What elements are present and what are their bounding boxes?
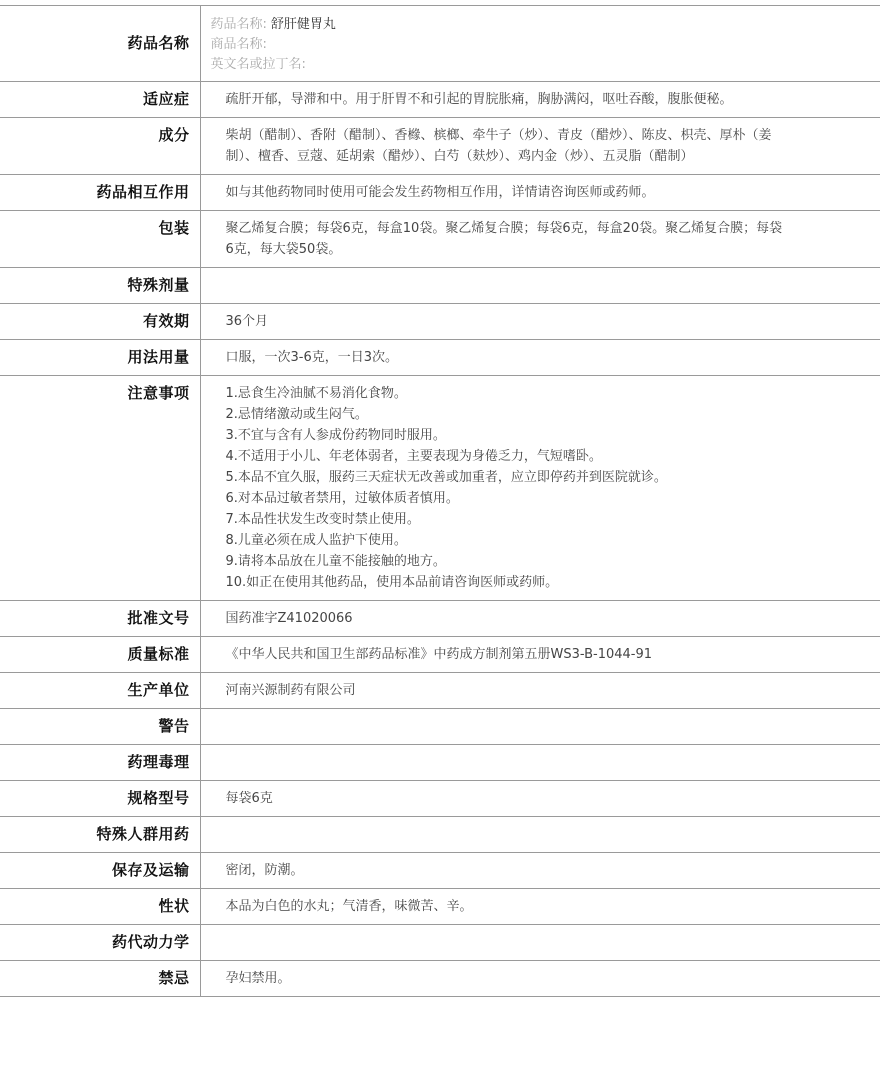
row-value (200, 817, 880, 853)
row-precautions: 注意事项 1.忌食生冷油腻不易消化食物。 2.忌情绪激动或生闷气。 3.不宜与含… (0, 376, 880, 601)
english-name-line: 英文名或拉丁名: (211, 55, 871, 75)
row-value: 如与其他药物同时使用可能会发生药物相互作用，详情请咨询医师或药师。 (200, 175, 880, 211)
generic-name-label: 药品名称: (211, 17, 267, 32)
row-value: 孕妇禁用。 (200, 961, 880, 997)
precaution-item: 3.不宜与含有人参成份药物同时服用。 (226, 425, 791, 446)
precaution-item: 6.对本品过敏者禁用，过敏体质者慎用。 (226, 488, 791, 509)
row-header: 成分 (0, 118, 200, 175)
row-header: 规格型号 (0, 781, 200, 817)
row-value: 口服，一次3-6克，一日3次。 (200, 340, 880, 376)
row-header: 特殊人群用药 (0, 817, 200, 853)
row-value (200, 925, 880, 961)
row-drug-name: 药品名称 药品名称:舒肝健胃丸 商品名称: 英文名或拉丁名: (0, 6, 880, 82)
row-header: 批准文号 (0, 601, 200, 637)
generic-name-value: 舒肝健胃丸 (271, 17, 336, 32)
english-name-label: 英文名或拉丁名: (211, 57, 306, 72)
empty-value (226, 932, 791, 953)
row-warning: 警告 (0, 709, 880, 745)
row-header: 适应症 (0, 82, 200, 118)
row-header: 药理毒理 (0, 745, 200, 781)
row-value (200, 268, 880, 304)
row-packaging: 包装 聚乙烯复合膜；每袋6克，每盒10袋。聚乙烯复合膜；每袋6克，每盒20袋。聚… (0, 211, 880, 268)
row-storage: 保存及运输 密闭，防潮。 (0, 853, 880, 889)
row-value: 药品名称:舒肝健胃丸 商品名称: 英文名或拉丁名: (200, 6, 880, 82)
precaution-item: 4.不适用于小儿、年老体弱者，主要表现为身倦乏力，气短嗜卧。 (226, 446, 791, 467)
empty-value (226, 752, 791, 773)
trade-name-label: 商品名称: (211, 37, 267, 52)
row-value: 柴胡（醋制）、香附（醋制）、香橼、槟榔、牵牛子（炒）、青皮（醋炒）、陈皮、枳壳、… (200, 118, 880, 175)
row-value: 1.忌食生冷油腻不易消化食物。 2.忌情绪激动或生闷气。 3.不宜与含有人参成份… (200, 376, 880, 601)
row-header: 性状 (0, 889, 200, 925)
row-pharmacokinetics: 药代动力学 (0, 925, 880, 961)
row-header: 质量标准 (0, 637, 200, 673)
row-header: 特殊剂量 (0, 268, 200, 304)
row-value: 每袋6克 (200, 781, 880, 817)
row-value: 聚乙烯复合膜；每袋6克，每盒10袋。聚乙烯复合膜；每袋6克，每盒20袋。聚乙烯复… (200, 211, 880, 268)
row-special-population: 特殊人群用药 (0, 817, 880, 853)
row-ingredients: 成分 柴胡（醋制）、香附（醋制）、香橼、槟榔、牵牛子（炒）、青皮（醋炒）、陈皮、… (0, 118, 880, 175)
empty-value (226, 275, 791, 296)
row-value: 本品为白色的水丸；气清香，味微苦、辛。 (200, 889, 880, 925)
precaution-item: 8.儿童必须在成人监护下使用。 (226, 530, 791, 551)
precaution-item: 1.忌食生冷油腻不易消化食物。 (226, 383, 791, 404)
precaution-item: 10.如正在使用其他药品，使用本品前请咨询医师或药师。 (226, 572, 791, 593)
row-usage: 用法用量 口服，一次3-6克，一日3次。 (0, 340, 880, 376)
row-header: 药代动力学 (0, 925, 200, 961)
row-header: 注意事项 (0, 376, 200, 601)
row-value: 36个月 (200, 304, 880, 340)
row-toxicology: 药理毒理 (0, 745, 880, 781)
trade-name-line: 商品名称: (211, 35, 871, 55)
row-approval-number: 批准文号 国药准字Z41020066 (0, 601, 880, 637)
row-header: 用法用量 (0, 340, 200, 376)
row-header: 禁忌 (0, 961, 200, 997)
row-value: 河南兴源制药有限公司 (200, 673, 880, 709)
row-header: 药品相互作用 (0, 175, 200, 211)
precaution-item: 9.请将本品放在儿童不能接触的地方。 (226, 551, 791, 572)
row-specification: 规格型号 每袋6克 (0, 781, 880, 817)
row-special-dosage: 特殊剂量 (0, 268, 880, 304)
row-value: 《中华人民共和国卫生部药品标准》中药成方制剂第五册WS3-B-1044-91 (200, 637, 880, 673)
row-value: 密闭，防潮。 (200, 853, 880, 889)
row-properties: 性状 本品为白色的水丸；气清香，味微苦、辛。 (0, 889, 880, 925)
row-interactions: 药品相互作用 如与其他药物同时使用可能会发生药物相互作用，详情请咨询医师或药师。 (0, 175, 880, 211)
row-value (200, 745, 880, 781)
row-quality-standard: 质量标准 《中华人民共和国卫生部药品标准》中药成方制剂第五册WS3-B-1044… (0, 637, 880, 673)
drug-spec-table: 药品名称 药品名称:舒肝健胃丸 商品名称: 英文名或拉丁名: 适应症 疏肝开郁，… (0, 5, 880, 997)
row-manufacturer: 生产单位 河南兴源制药有限公司 (0, 673, 880, 709)
row-header: 有效期 (0, 304, 200, 340)
row-header: 警告 (0, 709, 200, 745)
precaution-item: 2.忌情绪激动或生闷气。 (226, 404, 791, 425)
row-contraindications: 禁忌 孕妇禁用。 (0, 961, 880, 997)
row-shelf-life: 有效期 36个月 (0, 304, 880, 340)
row-header: 保存及运输 (0, 853, 200, 889)
empty-value (226, 716, 791, 737)
generic-name-line: 药品名称:舒肝健胃丸 (211, 15, 871, 35)
precaution-item: 5.本品不宜久服，服药三天症状无改善或加重者，应立即停药并到医院就诊。 (226, 467, 791, 488)
row-header: 药品名称 (0, 6, 200, 82)
empty-value (226, 824, 791, 845)
row-value: 国药准字Z41020066 (200, 601, 880, 637)
row-header: 生产单位 (0, 673, 200, 709)
row-value (200, 709, 880, 745)
precaution-item: 7.本品性状发生改变时禁止使用。 (226, 509, 791, 530)
row-header: 包装 (0, 211, 200, 268)
row-value: 疏肝开郁，导滞和中。用于肝胃不和引起的胃脘胀痛，胸胁满闷，呕吐吞酸，腹胀便秘。 (200, 82, 880, 118)
row-indications: 适应症 疏肝开郁，导滞和中。用于肝胃不和引起的胃脘胀痛，胸胁满闷，呕吐吞酸，腹胀… (0, 82, 880, 118)
